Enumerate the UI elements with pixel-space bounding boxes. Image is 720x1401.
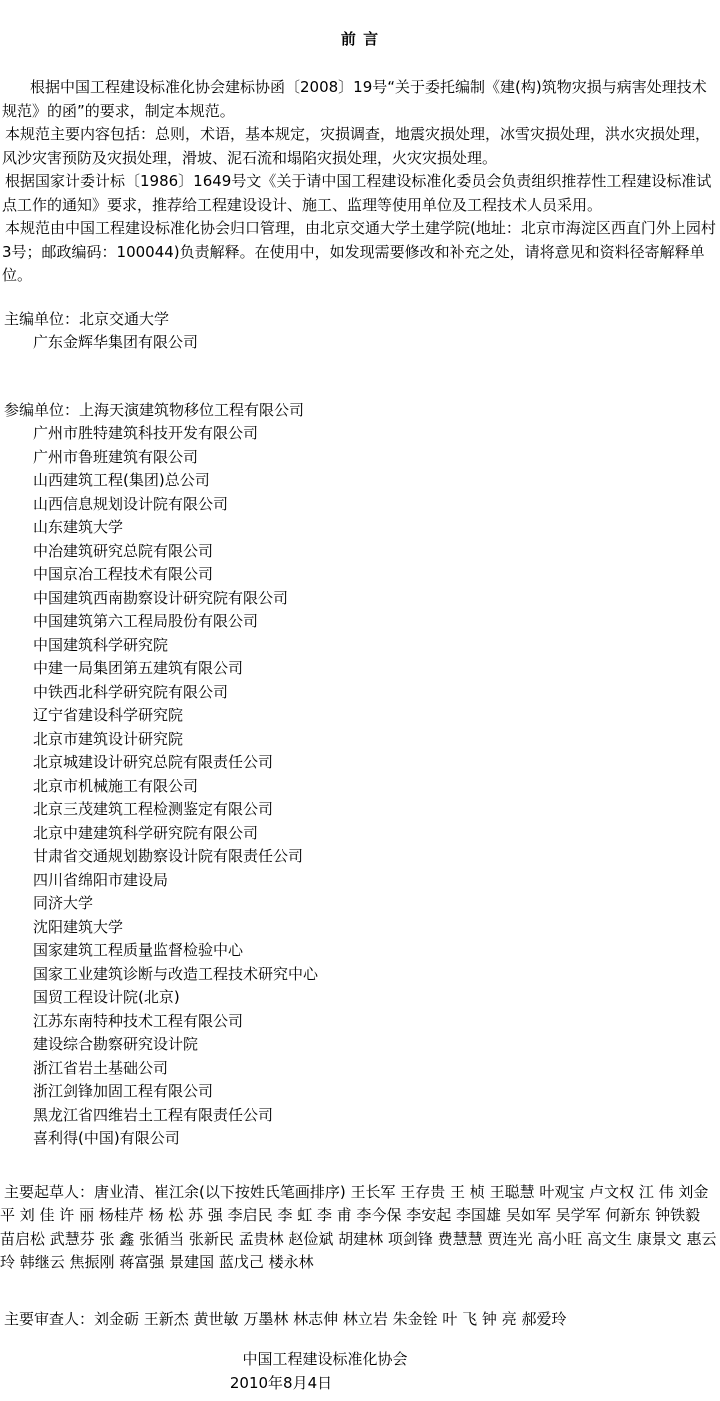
participating-unit: 中国建筑第六工程局股份有限公司 [0,610,720,634]
participating-units: 广州市胜特建筑科技开发有限公司广州市鲁班建筑有限公司山西建筑工程(集团)总公司山… [0,422,720,1151]
participating-unit: 山东建筑大学 [0,516,720,540]
participating-unit: 北京城建设计研究总院有限责任公司 [0,751,720,775]
participating-unit: 四川省绵阳市建设局 [0,869,720,893]
page-title: 前 言 [0,28,720,51]
preface-paragraph: 本规范由中国工程建设标准化协会归口管理，由北京交通大学土建学院(地址：北京市海淀… [2,217,718,288]
chief-editor-block: 主编单位：北京交通大学 广东金辉华集团有限公司 [0,308,720,355]
preface-body: 根据中国工程建设标准化协会建标协函〔2008〕19号“关于委托编制《建(构)筑物… [0,76,720,288]
participating-unit: 江苏东南特种技术工程有限公司 [0,1010,720,1034]
participating-unit: 上海天演建筑物移位工程有限公司 [79,401,304,419]
participating-unit: 建设综合勘察研究设计院 [0,1033,720,1057]
reviewers-label: 主要审查人： [4,1310,94,1328]
participating-unit: 山西信息规划设计院有限公司 [0,493,720,517]
participating-unit: 沈阳建筑大学 [0,916,720,940]
chief-editor-row: 主编单位：北京交通大学 [0,308,720,332]
drafters-label: 主要起草人： [4,1183,94,1201]
preface-paragraph: 根据中国工程建设标准化协会建标协函〔2008〕19号“关于委托编制《建(构)筑物… [2,76,718,123]
participating-unit: 甘肃省交通规划勘察设计院有限责任公司 [0,845,720,869]
chief-editor-unit: 广东金辉华集团有限公司 [0,331,720,355]
participating-unit: 中国建筑科学研究院 [0,634,720,658]
participating-unit: 北京中建建筑科学研究院有限公司 [0,822,720,846]
reviewers-names: 刘金砺 王新杰 黄世敏 万墨林 林志伸 林立岩 朱金铨 叶 飞 钟 亮 郝爱玲 [94,1310,566,1328]
footer-organization: 中国工程建设标准化协会 [0,1348,720,1372]
participating-unit: 北京三茂建筑工程检测鉴定有限公司 [0,798,720,822]
participating-unit: 广州市胜特建筑科技开发有限公司 [0,422,720,446]
participating-unit: 中国建筑西南勘察设计研究院有限公司 [0,587,720,611]
reviewers-paragraph: 主要审查人：刘金砺 王新杰 黄世敏 万墨林 林志伸 林立岩 朱金铨 叶 飞 钟 … [0,1308,720,1332]
preface-paragraph: 根据国家计委计标〔1986〕1649号文《关于请中国工程建设标准化委员会负责组织… [2,170,718,217]
participating-unit: 中铁西北科学研究院有限公司 [0,681,720,705]
participating-unit: 浙江省岩土基础公司 [0,1057,720,1081]
participating-unit: 中国京冶工程技术有限公司 [0,563,720,587]
participating-unit: 北京市机械施工有限公司 [0,775,720,799]
chief-editor-label: 主编单位： [4,310,79,328]
footer-date: 2010年8月4日 [0,1372,720,1396]
footer: 中国工程建设标准化协会 2010年8月4日 [0,1348,720,1395]
participating-unit: 广州市鲁班建筑有限公司 [0,446,720,470]
participating-unit: 黑龙江省四维岩土工程有限责任公司 [0,1104,720,1128]
chief-editor-units: 广东金辉华集团有限公司 [0,331,720,355]
participating-unit: 中建一局集团第五建筑有限公司 [0,657,720,681]
participating-unit: 山西建筑工程(集团)总公司 [0,469,720,493]
preface-page: 前 言 根据中国工程建设标准化协会建标协函〔2008〕19号“关于委托编制《建(… [0,0,720,1401]
participating-unit: 喜利得(中国)有限公司 [0,1127,720,1151]
drafters-names: 唐业清、崔江余(以下按姓氏笔画排序) 王长军 王存贵 王 桢 王聪慧 叶观宝 卢… [0,1183,717,1272]
participating-unit: 中冶建筑研究总院有限公司 [0,540,720,564]
participating-unit: 国家建筑工程质量监督检验中心 [0,939,720,963]
participating-unit: 北京市建筑设计研究院 [0,728,720,752]
participating-unit: 辽宁省建设科学研究院 [0,704,720,728]
participating-unit: 国贸工程设计院(北京) [0,986,720,1010]
participating-unit: 浙江剑锋加固工程有限公司 [0,1080,720,1104]
preface-paragraph: 本规范主要内容包括：总则，术语，基本规定，灾损调查，地震灾损处理，冰雪灾损处理，… [2,123,718,170]
participating-unit: 国家工业建筑诊断与改造工程技术研究中心 [0,963,720,987]
participating-block: 参编单位：上海天演建筑物移位工程有限公司 广州市胜特建筑科技开发有限公司广州市鲁… [0,399,720,1151]
drafters-paragraph: 主要起草人：唐业清、崔江余(以下按姓氏笔画排序) 王长军 王存贵 王 桢 王聪慧… [0,1181,720,1275]
participating-unit: 同济大学 [0,892,720,916]
participating-row: 参编单位：上海天演建筑物移位工程有限公司 [0,399,720,423]
participating-label: 参编单位： [4,401,79,419]
chief-editor-unit: 北京交通大学 [79,310,169,328]
